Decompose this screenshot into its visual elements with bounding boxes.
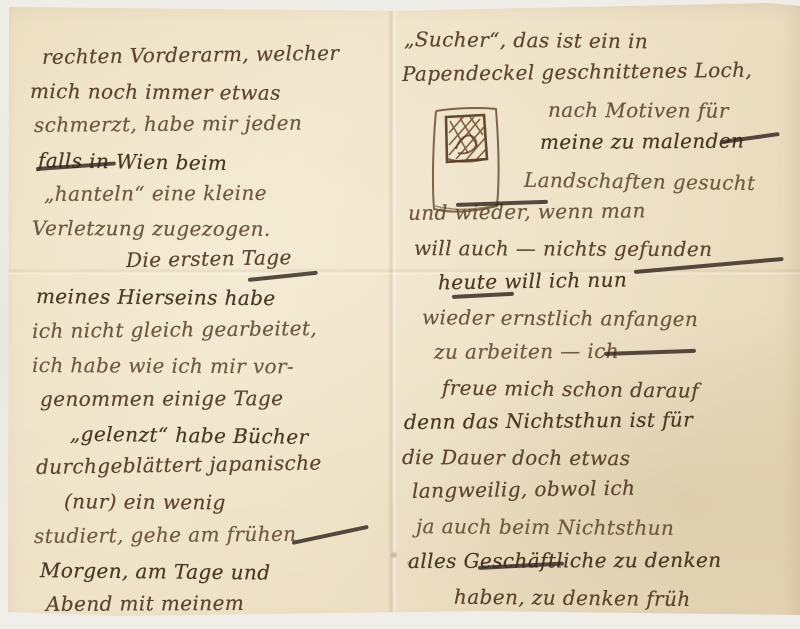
handwriting-line: Papendeckel geschnittenes Loch, xyxy=(398,52,800,92)
handwriting-line: durchgeblättert japanische xyxy=(30,445,396,485)
handwriting-line: genommen einige Tage xyxy=(30,381,396,416)
handwriting-line: denn das Nichtsthun ist für xyxy=(398,401,800,439)
handwriting-line: studiert, gehe am frühen xyxy=(30,515,396,552)
handwriting-line: Die ersten Tage xyxy=(30,238,397,279)
handwriting-line: zu arbeiten — ich xyxy=(398,333,800,370)
handwriting-line: ich habe wie ich mir vor- xyxy=(30,348,396,384)
handwriting-line: Abend mit meinem xyxy=(30,585,396,621)
photo-background: rechten Vorderarm, welchermich noch imme… xyxy=(0,0,800,629)
handwriting-line: ich nicht gleich gearbeitet, xyxy=(30,310,396,348)
handwriting-line: ja auch beim Nichtsthun xyxy=(398,509,800,547)
handwriting-line: schmerzt, habe mir jeden xyxy=(30,105,396,142)
handwriting-line: langweilig, obwol ich xyxy=(398,469,800,509)
handwriting-line: alles Geschäftliche zu denken xyxy=(398,543,800,579)
handwriting-line: „hanteln“ eine kleine xyxy=(30,175,396,211)
handwriting-line: haben, zu denken früh xyxy=(398,579,800,618)
handwriting-line: rechten Vorderarm, welcher xyxy=(30,35,396,74)
